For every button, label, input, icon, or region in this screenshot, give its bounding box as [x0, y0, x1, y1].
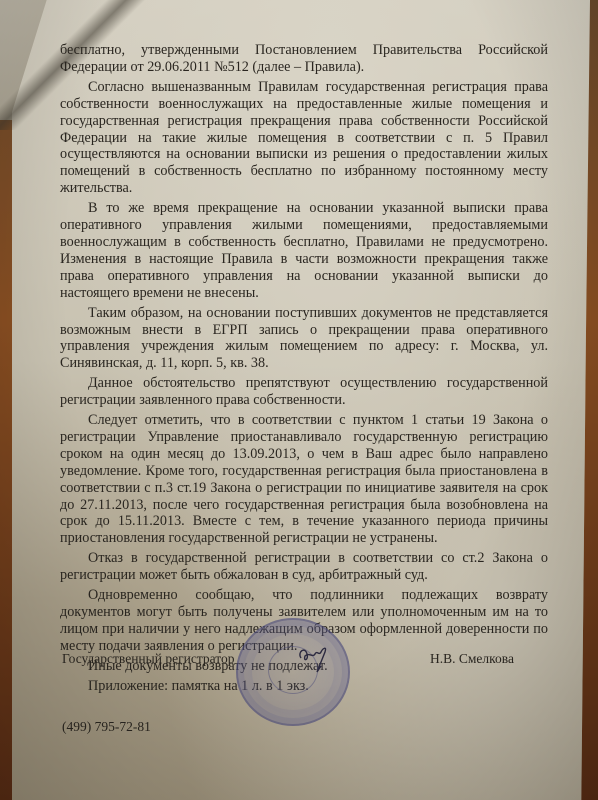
document-body: бесплатно, утвержденными Постановлением …: [60, 42, 548, 698]
paragraph-appeal: Отказ в государственной регистрации в со…: [60, 550, 548, 584]
signer-name: Н.В. Смелкова: [430, 651, 514, 667]
paragraph-continuation: бесплатно, утвержденными Постановлением …: [60, 42, 548, 76]
contact-phone: (499) 795-72-81: [62, 719, 151, 735]
paragraph-obstacle: Данное обстоятельство препятствуют осуще…: [60, 375, 548, 409]
paragraph-suspension: Следует отметить, что в соответствии с п…: [60, 412, 548, 547]
handwritten-signature: [295, 638, 335, 678]
signer-title: Государственный регистратор: [62, 651, 235, 667]
paragraph-operational-management: В то же время прекращение на основании у…: [60, 200, 548, 301]
paragraph-conclusion: Таким образом, на основании поступивших …: [60, 305, 548, 373]
paragraph-rules: Согласно вышеназванным Правилам государс…: [60, 79, 548, 197]
